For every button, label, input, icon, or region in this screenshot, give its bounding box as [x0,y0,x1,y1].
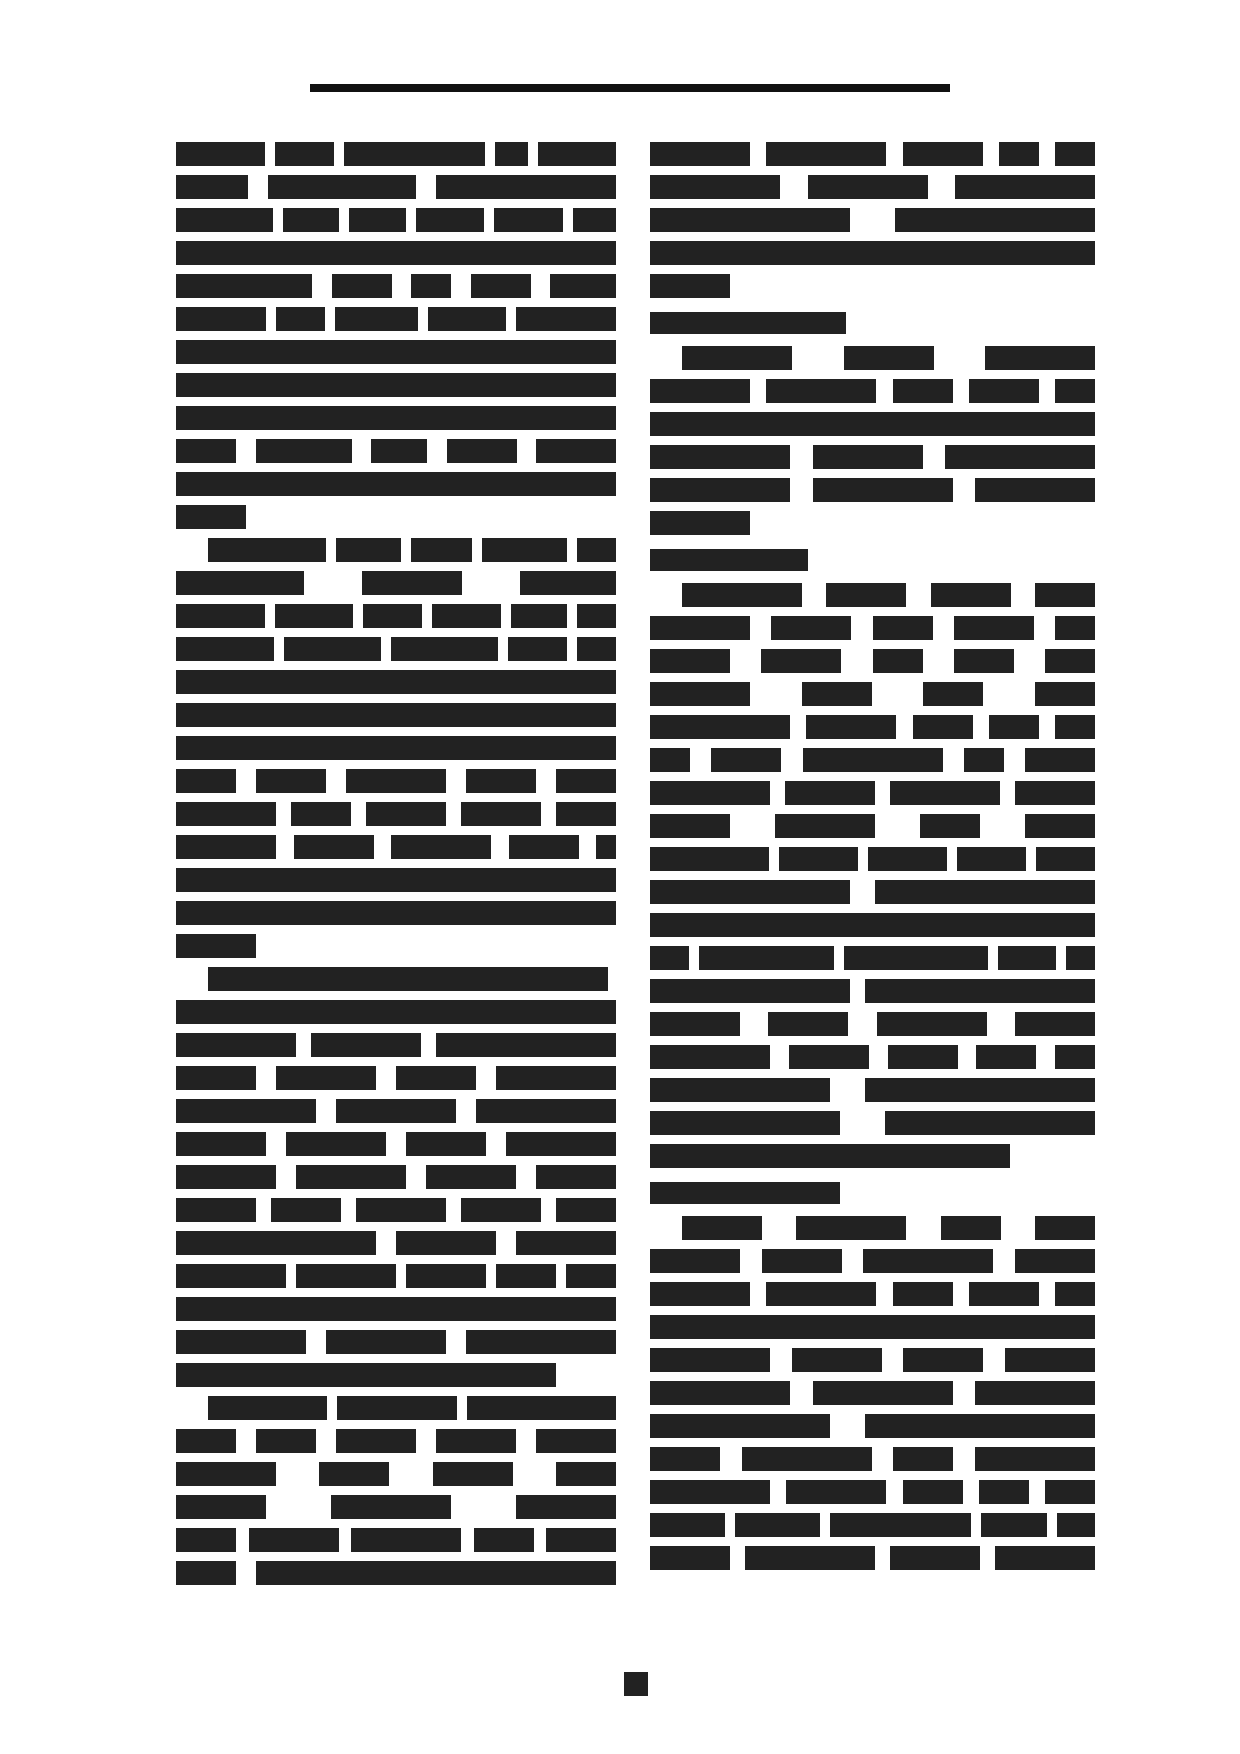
page-number-redacted [624,1672,648,1696]
text-line-redacted [650,979,1095,1003]
text-line-redacted [650,346,1095,370]
redacted-word [650,781,770,805]
text-line-redacted [650,814,1095,838]
redacted-word [536,1429,616,1453]
redacted-word [893,1282,953,1306]
redacted-word [1066,946,1095,970]
text-line-redacted [176,769,616,793]
redacted-word [176,142,265,166]
redacted-word [176,373,616,397]
text-line-redacted [176,1396,616,1420]
text-line-redacted [176,670,616,694]
text-line-redacted [176,208,616,232]
redacted-word [830,1513,971,1537]
redacted-word [176,802,276,826]
redacted-word [650,1078,830,1102]
redacted-word [176,1495,266,1519]
redacted-word [650,1111,840,1135]
text-line-redacted [650,649,1095,673]
redacted-word [476,1099,616,1123]
redacted-word [1015,1249,1095,1273]
redacted-word [682,346,792,370]
text-line-redacted [176,1462,616,1486]
text-line-redacted [176,1297,616,1321]
redacted-word [176,1165,276,1189]
redacted-word [771,616,851,640]
redacted-word [363,604,422,628]
redacted-word [550,274,616,298]
redacted-word [650,445,790,469]
redacted-word [650,1348,770,1372]
text-line-redacted [650,583,1095,607]
redacted-word [1035,682,1095,706]
redacted-word [176,868,616,892]
text-line-redacted [176,571,616,595]
redacted-word [335,307,419,331]
redacted-word [785,781,875,805]
redacted-word [1055,1045,1095,1069]
section-heading-redacted [650,1182,840,1204]
redacted-word [406,1264,486,1288]
redacted-word [176,208,273,232]
redacted-word [566,1264,616,1288]
redacted-word [536,1165,616,1189]
text-line-redacted [650,208,1095,232]
redacted-word [176,637,274,661]
text-line-redacted [176,967,616,991]
redacted-word [995,1546,1095,1570]
redacted-word [1055,616,1095,640]
redacted-word [1035,583,1095,607]
text-line-redacted [176,868,616,892]
redacted-word [969,1282,1039,1306]
text-line-redacted [176,703,616,727]
redacted-word [888,1045,958,1069]
redacted-word [276,1066,376,1090]
redacted-word [573,208,615,232]
redacted-word [650,715,790,739]
redacted-word [577,538,616,562]
text-line-redacted [650,274,1095,298]
redacted-word [682,583,802,607]
redacted-word [975,478,1095,502]
redacted-word [596,835,616,859]
redacted-word [903,142,983,166]
redacted-word [766,142,886,166]
redacted-word [256,439,352,463]
redacted-word [863,1249,993,1273]
redacted-word [1045,1480,1095,1504]
text-line-redacted [650,379,1095,403]
text-line-redacted [650,880,1095,904]
redacted-word [885,1111,1095,1135]
redacted-word [766,379,876,403]
redacted-word [1055,1282,1095,1306]
text-line-redacted [176,835,616,859]
text-line-redacted [176,802,616,826]
redacted-word [802,682,872,706]
redacted-word [208,538,326,562]
redacted-word [176,1099,316,1123]
redacted-word [296,1165,406,1189]
redacted-word [371,439,427,463]
redacted-word [391,835,491,859]
redacted-word [941,1216,1001,1240]
left-column [176,142,616,1594]
redacted-word [964,748,1004,772]
redacted-word [650,649,730,673]
redacted-word [326,1330,446,1354]
redacted-word [291,802,351,826]
redacted-word [275,604,354,628]
redacted-word [813,445,923,469]
redacted-word [176,505,246,529]
redacted-word [344,142,486,166]
redacted-word [546,1528,616,1552]
text-line-redacted [176,373,616,397]
redacted-word [873,649,923,673]
running-header-text-redacted [322,84,950,92]
redacted-word [332,274,392,298]
redacted-word [975,1447,1095,1471]
text-line-redacted [650,478,1095,502]
redacted-word [319,1462,389,1486]
redacted-word [865,1414,1095,1438]
text-line-redacted [176,604,616,628]
redacted-word [1055,715,1095,739]
text-line-redacted [650,847,1095,871]
redacted-word [766,1282,876,1306]
redacted-word [276,307,325,331]
redacted-word [494,208,564,232]
redacted-word [411,274,451,298]
redacted-word [286,1132,386,1156]
redacted-word [416,208,484,232]
redacted-word [920,814,980,838]
redacted-word [176,604,265,628]
text-line-redacted [650,616,1095,640]
redacted-word [496,1264,556,1288]
redacted-word [813,478,953,502]
redacted-word [482,538,567,562]
text-line-redacted [650,1216,1095,1240]
redacted-word [176,1132,266,1156]
text-line-redacted [650,1144,1095,1168]
redacted-word [176,769,236,793]
redacted-word [249,1528,339,1552]
redacted-word [349,208,407,232]
text-line-redacted [650,175,1095,199]
text-line-redacted [176,241,616,265]
redacted-word [650,1315,1095,1339]
redacted-word [1035,1216,1095,1240]
redacted-word [650,1012,740,1036]
redacted-word [893,379,953,403]
redacted-word [954,649,1014,673]
redacted-word [650,412,1095,436]
redacted-word [873,616,933,640]
redacted-word [208,967,608,991]
redacted-word [1015,781,1095,805]
redacted-word [411,538,472,562]
redacted-word [296,1264,396,1288]
redacted-word [176,1363,556,1387]
redacted-word [650,616,750,640]
redacted-word [1015,1012,1095,1036]
text-line-redacted [176,901,616,925]
redacted-word [650,1414,830,1438]
redacted-word [467,1396,616,1420]
redacted-word [176,439,236,463]
redacted-word [999,142,1039,166]
redacted-word [556,1462,616,1486]
redacted-word [762,1249,842,1273]
redacted-word [346,769,446,793]
text-line-redacted [650,1513,1095,1537]
redacted-word [806,715,896,739]
text-line-redacted [650,142,1095,166]
redacted-word [433,1462,513,1486]
redacted-word [176,1561,236,1585]
text-line-redacted [650,715,1095,739]
redacted-word [865,979,1095,1003]
redacted-word [176,1297,616,1321]
redacted-word [176,241,616,265]
redacted-word [1055,142,1095,166]
redacted-word [813,1381,953,1405]
redacted-word [271,1198,341,1222]
redacted-word [176,1429,236,1453]
redacted-word [808,175,928,199]
right-column [650,142,1095,1579]
text-line-redacted [176,1000,616,1024]
redacted-word [985,346,1095,370]
redacted-word [989,715,1039,739]
redacted-word [447,439,517,463]
text-line-redacted [176,1264,616,1288]
redacted-word [786,1480,886,1504]
redacted-word [351,1528,461,1552]
redacted-word [495,142,528,166]
text-line-redacted [176,1330,616,1354]
redacted-word [176,340,616,364]
redacted-word [474,1528,534,1552]
redacted-word [650,913,1095,937]
redacted-word [868,847,947,871]
redacted-word [650,142,750,166]
text-line-redacted [176,1231,616,1255]
redacted-word [650,1513,725,1537]
text-line-redacted [650,1348,1095,1372]
text-line-redacted [176,1165,616,1189]
redacted-word [890,781,1000,805]
redacted-word [508,637,567,661]
running-header [310,78,950,92]
redacted-word [650,1546,730,1570]
redacted-word [650,1144,1010,1168]
redacted-word [336,538,401,562]
redacted-word [208,1396,327,1420]
redacted-word [396,1231,496,1255]
redacted-word [428,307,506,331]
redacted-word [945,445,1095,469]
redacted-word [176,1198,256,1222]
redacted-word [903,1480,963,1504]
redacted-word [176,703,616,727]
redacted-word [466,1330,616,1354]
text-line-redacted [176,142,616,166]
redacted-word [711,748,781,772]
redacted-word [895,208,1095,232]
redacted-word [176,670,616,694]
text-line-redacted [650,1111,1095,1135]
text-line-redacted [650,1480,1095,1504]
redacted-word [284,637,382,661]
text-line-redacted [176,538,616,562]
text-line-redacted [650,1012,1095,1036]
text-line-redacted [176,1198,616,1222]
redacted-word [650,979,850,1003]
redacted-word [496,1066,616,1090]
section-heading-redacted [650,549,808,571]
redacted-word [516,1495,616,1519]
redacted-word [650,208,850,232]
redacted-word [792,1348,882,1372]
redacted-word [650,1381,790,1405]
redacted-word [406,1132,486,1156]
redacted-word [844,346,934,370]
text-line-redacted [650,1447,1095,1471]
redacted-word [436,1429,516,1453]
redacted-word [768,1012,848,1036]
text-line-redacted [176,340,616,364]
redacted-word [471,274,531,298]
redacted-word [366,802,446,826]
redacted-word [877,1012,987,1036]
redacted-word [650,1045,770,1069]
redacted-word [913,715,973,739]
text-line-redacted [176,307,616,331]
redacted-word [176,571,304,595]
redacted-word [577,637,616,661]
redacted-word [176,835,276,859]
redacted-word [998,946,1056,970]
text-line-redacted [176,274,616,298]
redacted-word [1057,1513,1095,1537]
text-line-redacted [650,913,1095,937]
redacted-word [796,1216,906,1240]
redacted-word [650,1282,750,1306]
redacted-word [650,1447,720,1471]
redacted-word [176,406,616,430]
redacted-word [176,1066,256,1090]
text-line-redacted [176,1099,616,1123]
redacted-word [650,748,690,772]
redacted-word [356,1198,446,1222]
redacted-word [336,1429,416,1453]
redacted-word [1005,1348,1095,1372]
redacted-word [1025,748,1095,772]
text-line-redacted [176,439,616,463]
text-line-redacted [650,1546,1095,1570]
text-line-redacted [176,1495,616,1519]
redacted-word [650,1249,740,1273]
text-line-redacted [650,1045,1095,1069]
text-line-redacted [650,1381,1095,1405]
redacted-word [268,175,416,199]
redacted-word [650,880,850,904]
text-line-redacted [176,505,616,529]
redacted-word [256,769,326,793]
redacted-word [176,1231,376,1255]
redacted-word [761,649,841,673]
redacted-word [538,142,616,166]
redacted-word [520,571,616,595]
text-line-redacted [176,736,616,760]
redacted-word [650,682,750,706]
text-line-redacted [650,1249,1095,1273]
redacted-word [256,1429,316,1453]
redacted-word [976,1045,1036,1069]
redacted-word [979,1480,1029,1504]
text-line-redacted [176,1363,616,1387]
text-line-redacted [176,1066,616,1090]
redacted-word [283,208,339,232]
redacted-word [875,880,1095,904]
redacted-word [981,1513,1047,1537]
redacted-word [682,1216,762,1240]
redacted-word [436,175,616,199]
redacted-word [975,1381,1095,1405]
redacted-word [396,1066,476,1090]
redacted-word [1025,814,1095,838]
redacted-word [311,1033,421,1057]
text-line-redacted [176,1561,616,1585]
text-line-redacted [650,1282,1095,1306]
redacted-word [742,1447,872,1471]
redacted-word [461,802,541,826]
redacted-word [556,802,616,826]
redacted-word [1045,649,1095,673]
redacted-word [650,478,790,502]
redacted-word [176,736,616,760]
redacted-word [735,1513,820,1537]
text-line-redacted [650,412,1095,436]
redacted-word [955,175,1095,199]
text-line-redacted [176,934,616,958]
redacted-word [699,946,834,970]
redacted-word [511,604,566,628]
redacted-word [745,1546,875,1570]
redacted-word [931,583,1011,607]
redacted-word [516,307,616,331]
redacted-word [176,901,616,925]
redacted-word [803,748,943,772]
redacted-word [536,439,616,463]
text-line-redacted [176,637,616,661]
redacted-word [176,1528,236,1552]
redacted-word [432,604,501,628]
text-line-redacted [176,406,616,430]
redacted-word [176,1033,296,1057]
text-line-redacted [650,1414,1095,1438]
redacted-word [176,274,312,298]
redacted-word [256,1561,616,1585]
redacted-word [1055,379,1095,403]
redacted-word [954,616,1034,640]
redacted-word [176,307,266,331]
redacted-word [779,847,858,871]
